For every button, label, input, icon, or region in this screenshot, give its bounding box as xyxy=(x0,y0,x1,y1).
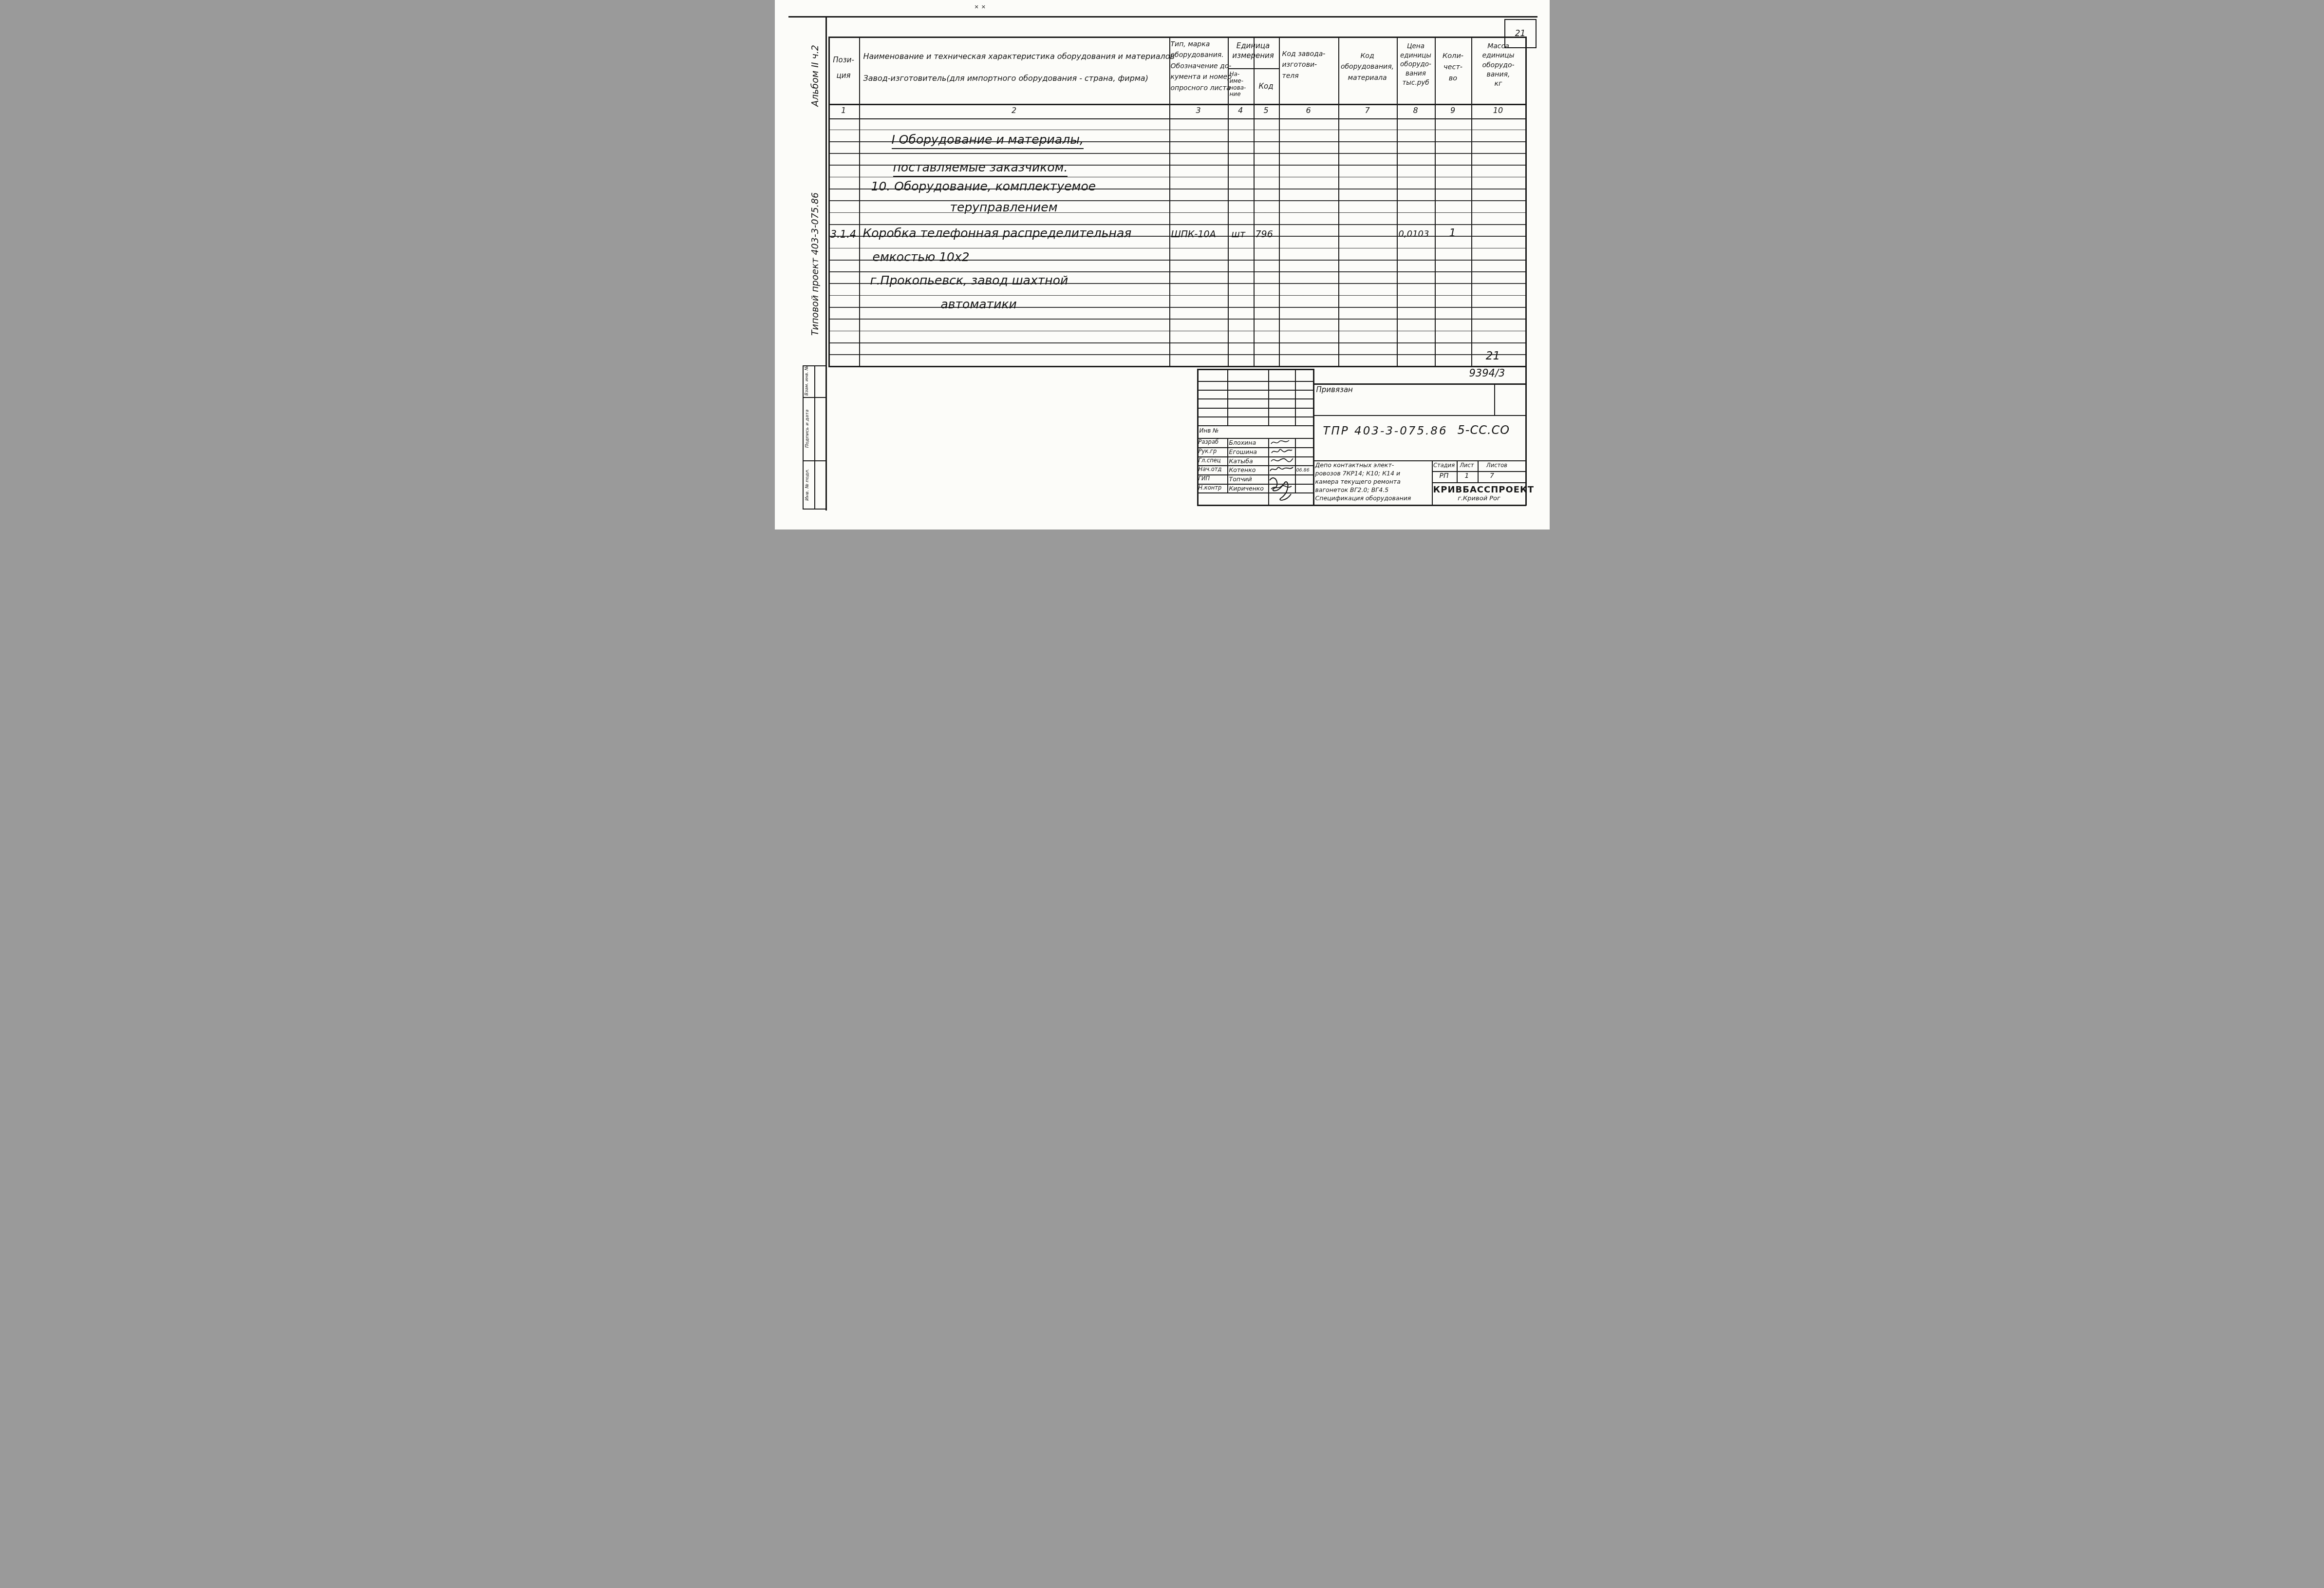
doc-title-line1: Депо контактных элект- xyxy=(1315,461,1394,469)
header-name-line1: Наименование и техническая характеристик… xyxy=(863,52,1175,61)
row-position: 3.1.4 xyxy=(828,228,859,241)
header-equipment-code: Код оборудования, материала xyxy=(1339,51,1396,83)
grid-line xyxy=(814,365,815,510)
grid-line xyxy=(1313,415,1526,416)
sig-name-egoshina: Егошина xyxy=(1229,448,1257,455)
stage-label: Стадия xyxy=(1432,462,1457,469)
grid-line xyxy=(1197,408,1313,409)
signature-mark xyxy=(1270,447,1294,455)
sig-name-katyba: Катыба xyxy=(1229,457,1253,465)
header-position: Пози- ция xyxy=(829,53,858,83)
grid-line xyxy=(1197,381,1313,382)
sheet-label: Лист xyxy=(1457,462,1478,469)
grid-line xyxy=(1313,369,1314,505)
row-name-line2: емкостью 10х2 xyxy=(873,250,970,265)
stamp-vzam-inv-label: Взам. инв. № xyxy=(805,366,809,396)
row-unit-name: шт xyxy=(1232,229,1245,240)
column-number-10: 10 xyxy=(1471,106,1525,115)
stamp-inv-podl-label: Инв. № подл. xyxy=(805,462,810,507)
section-1-title-line2: поставляемые заказчиком. xyxy=(893,160,1068,177)
section-1-title-line1: I Оборудование и материалы, xyxy=(892,132,1084,149)
grid-line xyxy=(1227,438,1228,492)
header-type: Тип, марка оборудования. Обозначение до-… xyxy=(1171,39,1232,94)
binding-note: Привязан xyxy=(1316,385,1353,394)
signature-mark xyxy=(1270,484,1294,492)
header-quantity: Коли- чест- во xyxy=(1436,51,1471,85)
sig-name-kirichenko: Кириченко xyxy=(1229,485,1264,492)
sig-name-topchiy: Топчий xyxy=(1229,475,1252,483)
sig-role-glspec: Гл.спец xyxy=(1199,457,1221,464)
row-name-line3: г.Прокопьевск, завод шахтной xyxy=(870,273,1068,288)
grid-line xyxy=(825,16,827,510)
header-mass: Масса единицы оборудо- вания, кг xyxy=(1472,42,1525,89)
signature-mark xyxy=(1270,438,1294,446)
sheets-value: 7 xyxy=(1478,472,1507,480)
doc-title-line5: Спецификация оборудования xyxy=(1315,494,1411,502)
grid-line xyxy=(803,509,826,510)
grid-line xyxy=(1494,383,1495,415)
column-number-2: 2 xyxy=(859,106,1169,115)
album-note: Альбом II ч.2 xyxy=(810,21,821,131)
row-quantity: 1 xyxy=(1435,227,1471,240)
doc-title-line4: вагонеток ВГ2.0; ВГ4.5 xyxy=(1315,486,1389,493)
section-10-title-line2: теруправлением xyxy=(950,200,1058,215)
doc-mark: 5-СС.СО xyxy=(1458,423,1510,437)
document-page: 21 ✕✕ Альбом II ч.2 Типовой проект 403-3… xyxy=(775,0,1550,529)
header-unit-group: Единица измерения xyxy=(1229,41,1278,61)
sig-date-kotenko: 06.86 xyxy=(1296,468,1310,473)
row-price: 0,0103 xyxy=(1399,229,1429,240)
column-number-6: 6 xyxy=(1279,106,1338,115)
grid-line xyxy=(1279,37,1280,367)
doc-title-line3: камера текущего ремонта xyxy=(1315,478,1401,485)
project-note: Типовой проект 403-3-075.86 xyxy=(810,162,821,366)
sig-role-razrab: Разраб xyxy=(1199,439,1219,446)
handwritten-sheet-note: 21 xyxy=(1471,350,1515,363)
grid-line xyxy=(828,366,1526,367)
sheets-label: Листов xyxy=(1478,462,1517,469)
column-number-4: 4 xyxy=(1228,106,1254,115)
signature-mark xyxy=(1269,465,1295,473)
handwritten-doc-note: 9394/3 xyxy=(1469,367,1505,379)
sig-role-nachotd: Нач.отд xyxy=(1199,466,1222,473)
header-factory-code: Код завода- изготови- теля xyxy=(1282,49,1326,81)
header-unit-code: Код xyxy=(1255,82,1278,91)
row-type-mark: ШПК-10А xyxy=(1171,229,1216,240)
sig-role-rukgr: Рук.гр xyxy=(1199,448,1217,455)
grid-line xyxy=(788,16,1537,18)
column-number-8: 8 xyxy=(1397,106,1435,115)
grid-line xyxy=(1197,505,1526,506)
column-number-3: 3 xyxy=(1169,106,1228,115)
grid-line xyxy=(828,37,830,367)
grid-line xyxy=(1197,390,1313,391)
doc-title-line2: ровозов 7КР14; К10; К14 и xyxy=(1315,470,1401,477)
sig-name-kotenko: Котенко xyxy=(1229,466,1256,473)
row-name-line4: автоматики xyxy=(941,297,1017,312)
table-ruled-rows xyxy=(828,118,1526,366)
header-unit-name: На- име- нова- ние xyxy=(1230,71,1246,98)
sig-role-gip: ГИП xyxy=(1199,475,1210,482)
header-name-line2: Завод-изготовитель(для импортного оборуд… xyxy=(863,74,1148,83)
stage-value: РП xyxy=(1432,472,1457,480)
column-number-1: 1 xyxy=(828,106,859,115)
sig-name-blohina: Блохина xyxy=(1229,439,1256,446)
header-price: Цена единицы оборудо- вания тыс.руб xyxy=(1398,42,1434,87)
inv-number-label: Инв № xyxy=(1199,427,1219,434)
sheet-value: 1 xyxy=(1457,472,1478,480)
grid-line xyxy=(1169,37,1170,367)
sig-role-nkontr: Н.контр xyxy=(1199,485,1222,492)
scan-top-marks: ✕✕ xyxy=(975,4,988,10)
grid-line xyxy=(1432,482,1526,483)
row-unit-code: 796 xyxy=(1256,229,1273,240)
grid-line xyxy=(1525,37,1527,506)
grid-line xyxy=(828,37,1526,38)
organization-name: КРИВБАССПРОЕКТ xyxy=(1433,485,1525,495)
stamp-podpis-data-label: Подпись и дата xyxy=(805,399,810,458)
column-number-9: 9 xyxy=(1435,106,1471,115)
column-number-7: 7 xyxy=(1338,106,1397,115)
grid-line xyxy=(1435,37,1436,367)
grid-line xyxy=(828,104,1526,105)
sheet-number: 21 xyxy=(1515,29,1526,38)
organization-city: г.Кривой Рог xyxy=(1433,495,1525,503)
column-number-5: 5 xyxy=(1254,106,1279,115)
signature-mark xyxy=(1270,456,1295,464)
grid-line xyxy=(828,118,1526,119)
grid-line xyxy=(803,365,804,510)
grid-line xyxy=(1197,425,1313,426)
grid-line xyxy=(1338,37,1339,367)
section-10-title-line1: 10. Оборудование, комплектуемое xyxy=(871,179,1096,194)
row-name-line1: Коробка телефонная распределительная xyxy=(863,226,1132,241)
grid-line xyxy=(1197,398,1313,399)
doc-code: ТПР 403-3-075.86 xyxy=(1323,425,1448,438)
grid-line xyxy=(859,37,860,367)
grid-line xyxy=(1197,416,1313,417)
grid-line xyxy=(803,460,826,461)
grid-line xyxy=(803,397,826,398)
